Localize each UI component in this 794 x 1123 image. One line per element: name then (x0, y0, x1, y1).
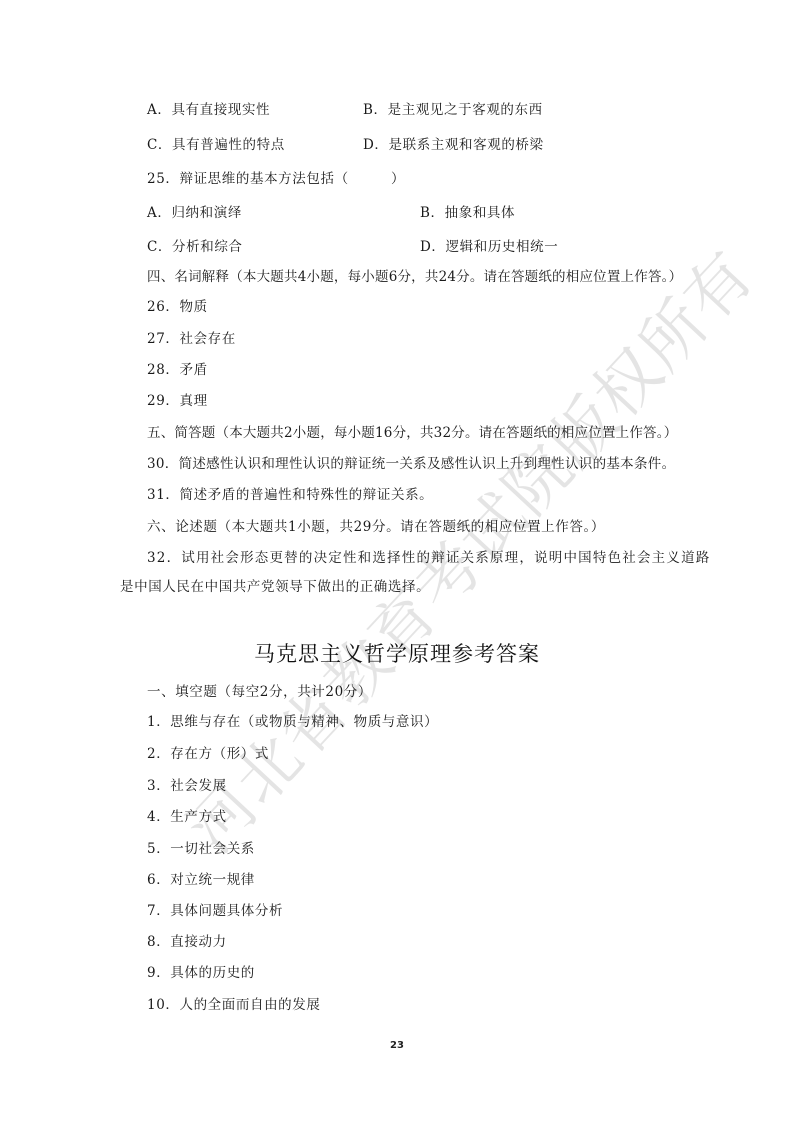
q24-option-a: A．具有直接现实性 (147, 101, 270, 119)
section4-heading: 四、名词解释（本大题共4小题，每小题6分，共24分。请在答题纸的相应位置上作答。… (147, 268, 682, 286)
answer-item: 6．对立统一规律 (147, 871, 255, 889)
section4-item: 29．真理 (147, 392, 208, 410)
section4-item: 26．物质 (147, 298, 208, 316)
answer-item: 5．一切社会关系 (147, 840, 255, 858)
answer-item: 7．具体问题具体分析 (147, 902, 283, 920)
answer-item: 4．生产方式 (147, 808, 227, 826)
answer-item: 1．思维与存在（或物质与精神、物质与意识） (147, 713, 438, 731)
answer-item: 9．具体的历史的 (147, 964, 255, 982)
section4-item: 28．矛盾 (147, 361, 208, 379)
answers-title: 马克思主义哲学原理参考答案 (0, 638, 794, 668)
answer-item: 10．人的全面而自由的发展 (147, 996, 320, 1014)
section5-item: 30．简述感性认识和理性认识的辩证统一关系及感性认识上升到理性认识的基本条件。 (147, 455, 675, 473)
q24-option-d: D．是联系主观和客观的桥梁 (363, 136, 544, 154)
answer-item: 8．直接动力 (147, 933, 227, 951)
q24-option-c: C．具有普遍性的特点 (147, 136, 285, 154)
answers-section1-heading: 一、填空题（每空2分，共计20分） (147, 683, 372, 701)
section5-item: 31．简述矛盾的普遍性和特殊性的辩证关系。 (147, 486, 433, 504)
section5-heading: 五、简答题（本大题共2小题，每小题16分，共32分。请在答题纸的相应位置上作答。… (147, 424, 677, 442)
q25-option-b: B．抽象和具体 (420, 204, 515, 222)
answer-item: 3．社会发展 (147, 777, 227, 795)
q25-option-d: D．逻辑和历史相统一 (420, 238, 558, 256)
q25-option-a: A．归纳和演绎 (147, 204, 242, 222)
q32-line1: 32．试用社会形态更替的决定性和选择性的辩证关系原理，说明中国特色社会主义道路 (147, 549, 710, 567)
q24-option-b: B．是主观见之于客观的东西 (363, 101, 543, 119)
answer-item: 2．存在方（形）式 (147, 745, 269, 763)
q25-stem: 25．辩证思维的基本方法包括（ ） (147, 170, 405, 188)
section6-heading: 六、论述题（本大题共1小题，共29分。请在答题纸的相应位置上作答。） (147, 518, 605, 536)
section4-item: 27．社会存在 (147, 330, 236, 348)
document-page: 河北省教育考试院版权所有 A．具有直接现实性 B．是主观见之于客观的东西 C．具… (0, 0, 794, 1123)
page-number: 23 (0, 1040, 794, 1051)
q25-option-c: C．分析和综合 (147, 238, 243, 256)
q32-line2: 是中国人民在中国共产党领导下做出的正确选择。 (120, 578, 430, 596)
